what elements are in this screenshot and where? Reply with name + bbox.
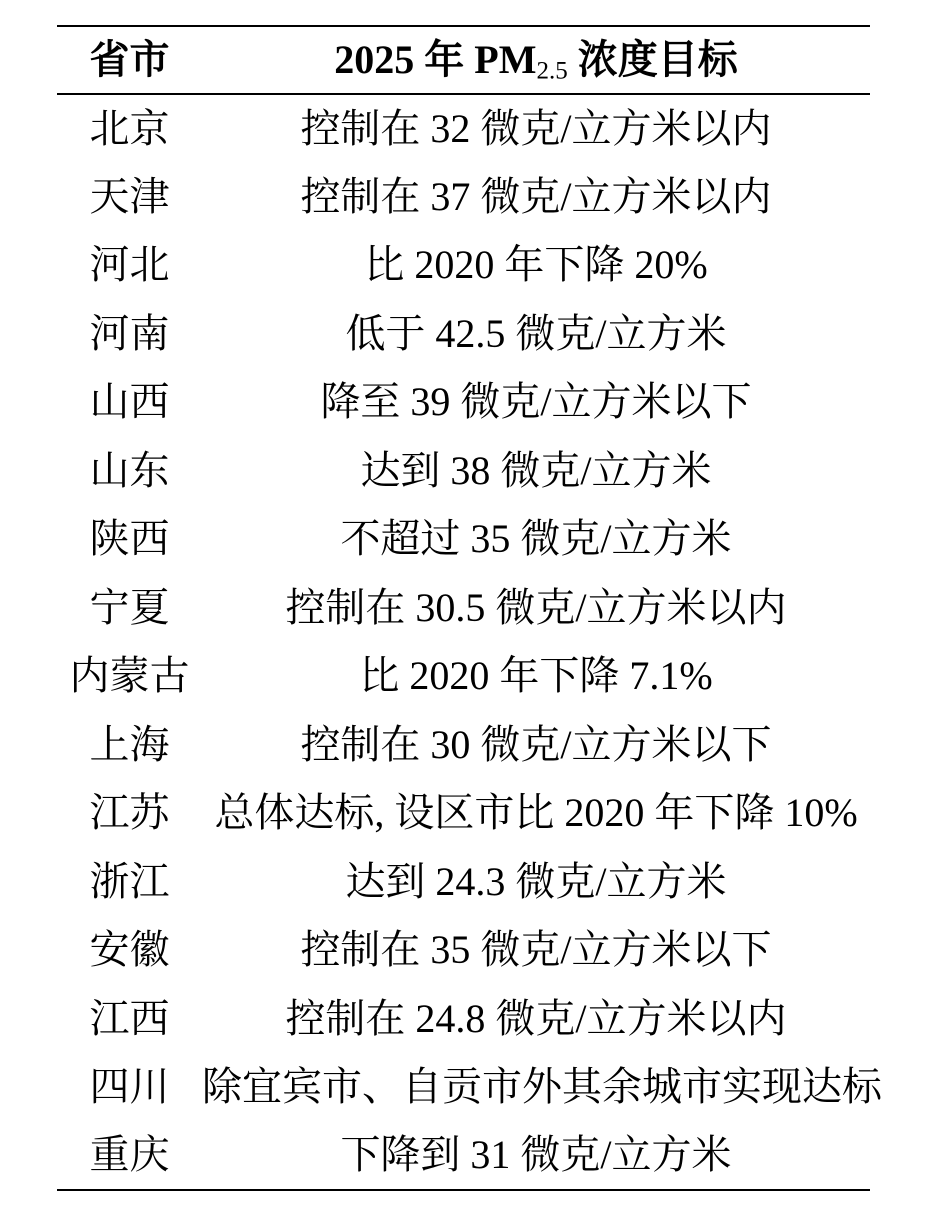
table-header: 省市 2025 年 PM2.5 浓度目标	[57, 26, 870, 94]
province-cell: 浙江	[57, 848, 202, 917]
target-cell: 低于 42.5 微克/立方米	[202, 300, 870, 369]
header-target-suffix: 浓度目标	[568, 37, 738, 82]
table-row: 陕西 不超过 35 微克/立方米	[57, 505, 870, 574]
target-cell: 比 2020 年下降 7.1%	[202, 642, 870, 711]
target-cell: 达到 38 微克/立方米	[202, 437, 870, 506]
province-cell: 江苏	[57, 779, 202, 848]
table-body: 北京 控制在 32 微克/立方米以内 天津 控制在 37 微克/立方米以内 河北…	[57, 94, 870, 1190]
province-cell: 陕西	[57, 505, 202, 574]
target-cell: 除宜宾市、自贡市外其余城市实现达标	[202, 1053, 870, 1122]
table-row: 江西 控制在 24.8 微克/立方米以内	[57, 985, 870, 1054]
table-row: 四川 除宜宾市、自贡市外其余城市实现达标	[57, 1053, 870, 1122]
header-row: 省市 2025 年 PM2.5 浓度目标	[57, 26, 870, 94]
province-cell: 重庆	[57, 1122, 202, 1191]
table-row: 宁夏 控制在 30.5 微克/立方米以内	[57, 574, 870, 643]
table-row: 河南 低于 42.5 微克/立方米	[57, 300, 870, 369]
table-row: 山东 达到 38 微克/立方米	[57, 437, 870, 506]
table-row: 河北 比 2020 年下降 20%	[57, 231, 870, 300]
province-cell: 山东	[57, 437, 202, 506]
province-cell: 内蒙古	[57, 642, 202, 711]
table-row: 安徽 控制在 35 微克/立方米以下	[57, 916, 870, 985]
target-cell: 控制在 24.8 微克/立方米以内	[202, 985, 870, 1054]
table-row: 浙江 达到 24.3 微克/立方米	[57, 848, 870, 917]
header-target-subscript: 2.5	[536, 58, 567, 85]
table-row: 山西 降至 39 微克/立方米以下	[57, 368, 870, 437]
target-cell: 控制在 35 微克/立方米以下	[202, 916, 870, 985]
pm25-target-table: 省市 2025 年 PM2.5 浓度目标 北京 控制在 32 微克/立方米以内 …	[57, 25, 870, 1191]
target-cell: 比 2020 年下降 20%	[202, 231, 870, 300]
target-cell: 达到 24.3 微克/立方米	[202, 848, 870, 917]
province-cell: 山西	[57, 368, 202, 437]
province-cell: 天津	[57, 163, 202, 232]
header-target: 2025 年 PM2.5 浓度目标	[202, 26, 870, 94]
table-row: 上海 控制在 30 微克/立方米以下	[57, 711, 870, 780]
target-cell: 控制在 30.5 微克/立方米以内	[202, 574, 870, 643]
province-cell: 四川	[57, 1053, 202, 1122]
province-cell: 北京	[57, 94, 202, 163]
table-row: 江苏 总体达标, 设区市比 2020 年下降 10%	[57, 779, 870, 848]
province-cell: 安徽	[57, 916, 202, 985]
target-cell: 下降到 31 微克/立方米	[202, 1122, 870, 1191]
table-row: 内蒙古 比 2020 年下降 7.1%	[57, 642, 870, 711]
province-cell: 上海	[57, 711, 202, 780]
province-cell: 河南	[57, 300, 202, 369]
target-cell: 总体达标, 设区市比 2020 年下降 10%	[202, 779, 870, 848]
province-cell: 河北	[57, 231, 202, 300]
table-row: 重庆 下降到 31 微克/立方米	[57, 1122, 870, 1191]
target-cell: 降至 39 微克/立方米以下	[202, 368, 870, 437]
province-cell: 江西	[57, 985, 202, 1054]
document-page: 省市 2025 年 PM2.5 浓度目标 北京 控制在 32 微克/立方米以内 …	[0, 0, 926, 1218]
target-cell: 控制在 37 微克/立方米以内	[202, 163, 870, 232]
header-target-prefix: 2025 年 PM	[334, 37, 536, 82]
target-cell: 控制在 30 微克/立方米以下	[202, 711, 870, 780]
province-cell: 宁夏	[57, 574, 202, 643]
table-row: 天津 控制在 37 微克/立方米以内	[57, 163, 870, 232]
target-cell: 控制在 32 微克/立方米以内	[202, 94, 870, 163]
target-cell: 不超过 35 微克/立方米	[202, 505, 870, 574]
header-province: 省市	[57, 26, 202, 94]
table-row: 北京 控制在 32 微克/立方米以内	[57, 94, 870, 163]
